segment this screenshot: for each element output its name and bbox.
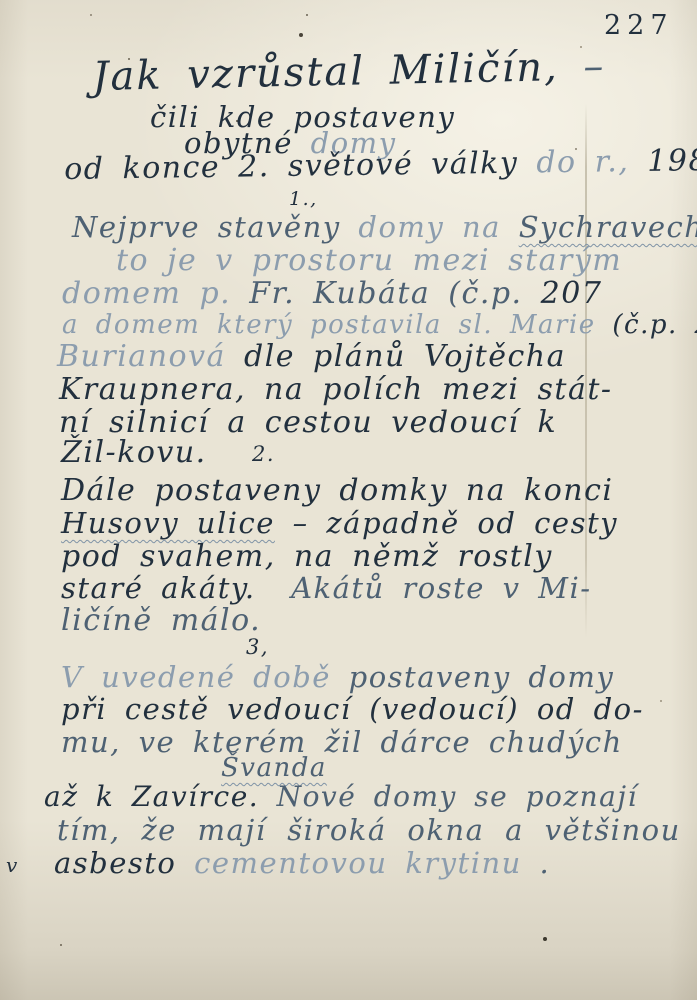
page-number: 227 bbox=[604, 12, 674, 40]
text-segment: 1988. bbox=[647, 143, 697, 179]
text-segment: . bbox=[540, 846, 551, 880]
section-1-number: 1., bbox=[289, 190, 318, 210]
para-1-line-5: Burianová dle plánů Vojtěcha bbox=[57, 341, 566, 373]
text-segment: Nejprve stavěny bbox=[72, 210, 358, 244]
text-segment: (č.p. 255) bbox=[612, 310, 697, 340]
text-segment: pod svahem, na němž rostly bbox=[61, 539, 553, 574]
text-segment: V uvedené době bbox=[61, 660, 349, 694]
text-segment: Kraupnera, na polích mezi stát- bbox=[59, 372, 613, 407]
title-line-4: od konce 2. světové války do r., 1988. bbox=[64, 145, 697, 186]
manuscript-page: 227 Jak vzrůstal Miličín, – čili kde pos… bbox=[0, 0, 697, 1000]
text-segment: asbesto bbox=[54, 846, 194, 880]
text-segment: Burianová bbox=[57, 339, 244, 374]
paper-crease-line bbox=[585, 103, 587, 638]
text-segment: 207 bbox=[541, 276, 603, 311]
para-2-line-2: Husovy ulice – západně od cesty bbox=[61, 508, 618, 538]
text-segment: 2. bbox=[252, 442, 275, 466]
underlined-word: Švanda bbox=[221, 753, 327, 783]
para-1-line-1: Nejprve stavěny domy na Sychravech bbox=[72, 212, 697, 242]
text-segment: Jak vzrůstal Miličín, bbox=[92, 44, 559, 100]
para-2-line-1: Dále postaveny domky na konci bbox=[61, 475, 614, 507]
para-1-line-7: ní silnicí a cestou vedoucí k bbox=[59, 407, 557, 439]
section-3-number: 3, bbox=[246, 636, 269, 658]
text-segment: domem p. bbox=[62, 276, 249, 311]
text-segment: až k Zavírce. bbox=[44, 780, 277, 813]
text-segment: domy na bbox=[358, 210, 518, 244]
underlined-word: Husovy ulice bbox=[61, 506, 275, 540]
para-3-line-1: V uvedené době postaveny domy bbox=[61, 662, 614, 692]
text-segment: 1., bbox=[289, 188, 318, 210]
para-3-line-5: tím, že mají široká okna a většinou bbox=[57, 815, 681, 845]
para-3-line-2: při cestě vedoucí (vedoucí) od do- bbox=[61, 694, 644, 724]
para-3-line-3: mu, ve kterém žil dárce chudých bbox=[61, 727, 623, 757]
para-1-line-2: to je v prostoru mezi starým bbox=[116, 245, 622, 277]
text-segment: staré akáty. bbox=[61, 571, 291, 605]
text-segment: ličíně málo. bbox=[61, 603, 261, 638]
text-segment: – západně od cesty bbox=[275, 506, 618, 540]
para-2-line-5: ličíně málo. bbox=[61, 605, 261, 637]
text-segment: Akátů roste v Mi- bbox=[291, 571, 591, 605]
text-segment: Nové domy se poznají bbox=[277, 780, 638, 813]
para-1-line-4: a domem který postavila sl. Marie (č.p. … bbox=[62, 312, 697, 339]
text-segment: v bbox=[6, 853, 19, 877]
text-segment: tím, že mají široká okna a většinou bbox=[57, 813, 681, 847]
text-segment: od konce 2. světové války bbox=[64, 145, 537, 187]
para-3-inserted-word: Švanda bbox=[221, 755, 327, 782]
text-segment: cementovou krytinu bbox=[194, 846, 539, 880]
para-3-line-6: asbesto cementovou krytinu . bbox=[54, 848, 550, 878]
para-1-line-8: Žil-kovu. bbox=[61, 437, 207, 469]
paper-speckles bbox=[0, 0, 2, 2]
margin-check-mark: v bbox=[6, 855, 19, 876]
underlined-word: Sychravech bbox=[519, 210, 697, 244]
text-segment: Dále postaveny domky na konci bbox=[61, 473, 614, 508]
para-3-line-4: až k Zavírce. Nové domy se poznají bbox=[44, 782, 638, 811]
text-segment: – bbox=[558, 43, 606, 90]
text-segment: mu, ve kterém žil dárce chudých bbox=[61, 725, 623, 759]
para-1-line-6: Kraupnera, na polích mezi stát- bbox=[59, 374, 613, 406]
text-segment: dle plánů Vojtěcha bbox=[244, 339, 566, 374]
para-1-line-3: domem p. Fr. Kubáta (č.p. 207 bbox=[62, 278, 602, 310]
para-2-line-3: pod svahem, na němž rostly bbox=[61, 541, 553, 573]
text-segment: a domem který postavila sl. Marie bbox=[62, 310, 612, 340]
text-segment: při cestě vedoucí (vedoucí) od do- bbox=[61, 692, 644, 726]
text-segment: 3, bbox=[246, 635, 269, 659]
text-segment: Žil-kovu. bbox=[61, 435, 207, 470]
text-segment: to je v prostoru mezi starým bbox=[116, 243, 622, 278]
title-line-1: Jak vzrůstal Miličín, – bbox=[92, 45, 606, 98]
text-segment: postaveny domy bbox=[349, 660, 615, 694]
para-2-line-4: staré akáty. Akátů roste v Mi- bbox=[61, 573, 592, 603]
text-segment: Fr. Kubáta (č.p. bbox=[249, 276, 540, 311]
text-segment: 227 bbox=[604, 10, 674, 41]
text-segment: do r., bbox=[536, 144, 647, 181]
section-2-number: 2. bbox=[252, 443, 275, 465]
